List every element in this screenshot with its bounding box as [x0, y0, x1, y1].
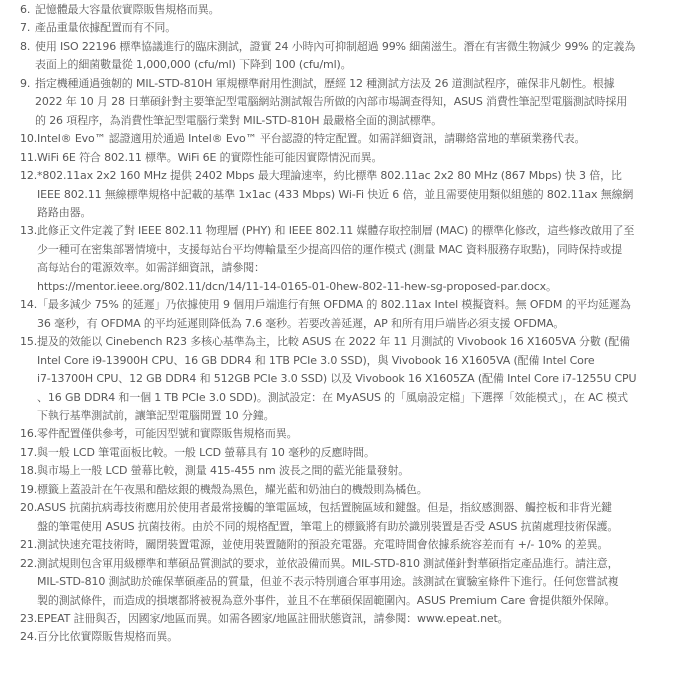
footnote-number: 11.: [20, 149, 37, 167]
footnote-line: 與市場上一般 LCD 螢幕比較，測量 415-455 nm 波長之間的藍光能量發…: [37, 462, 692, 480]
footnote-17: 17. 與一般 LCD 筆電面板比較。一般 LCD 螢幕具有 10 毫秒的反應時…: [20, 444, 692, 462]
footnote-8: 8. 使用 ISO 22196 標準協議進行的臨床測試，證實 24 小時內可抑制…: [20, 38, 692, 75]
footnote-number: 19.: [20, 481, 37, 499]
footnote-text: 此修正文件定義了對 IEEE 802.11 物理層 (PHY) 和 IEEE 8…: [37, 222, 692, 296]
footnote-15: 15. 提及的效能以 Cinebench R23 多核心基準為主，比較 ASUS…: [20, 333, 692, 425]
footnote-text: EPEAT 註冊與否，因國家/地區而異。如需各國家/地區註冊狀態資訊，請參閱：w…: [37, 610, 692, 628]
footnote-text: 測試快速充電技術時，關閉裝置電源，並使用裝置隨附的預設充電器。充電時間會依據系統…: [37, 536, 692, 554]
footnote-number: 10.: [20, 130, 37, 148]
footnote-number: 17.: [20, 444, 37, 462]
footnote-number: 16.: [20, 425, 37, 443]
footnote-line: 百分比依實際販售規格而異。: [37, 628, 692, 646]
footnote-6: 6. 記憶體最大容量依實際販售規格而異。: [20, 1, 692, 19]
footnote-number: 7.: [20, 19, 35, 37]
footnote-text: 提及的效能以 Cinebench R23 多核心基準為主，比較 ASUS 在 2…: [37, 333, 692, 425]
ieee-reference-link: https://mentor.ieee.org/802.11/dcn/14/11…: [37, 278, 692, 296]
footnote-line: 使用 ISO 22196 標準協議進行的臨床測試，證實 24 小時內可抑制超過 …: [35, 38, 692, 56]
footnote-line: WiFi 6E 符合 802.11 標準。WiFi 6E 的實際性能可能因實際情…: [37, 149, 692, 167]
footnote-line: Intel® Evo™ 認證適用於通過 Intel® Evo™ 平台認證的特定配…: [37, 130, 692, 148]
footnote-9: 9. 指定機種通過強韌的 MIL-STD-810H 軍規標準耐用性測試，歷經 1…: [20, 75, 692, 130]
footnote-7: 7. 產品重量依據配置而有不同。: [20, 19, 692, 37]
footnote-text: 記憶體最大容量依實際販售規格而異。: [35, 1, 692, 19]
footnote-number: 22.: [20, 555, 37, 573]
footnote-line: 產品重量依據配置而有不同。: [35, 19, 692, 37]
footnote-text: 指定機種通過強韌的 MIL-STD-810H 軍規標準耐用性測試，歷經 12 種…: [35, 75, 692, 130]
footnote-number: 12.: [20, 167, 37, 185]
footnote-line: MIL-STD-810 測試助於確保華碩產品的質量，但並不表示特別適合軍事用途。…: [37, 573, 692, 591]
footnote-line: 的 26 項程序，為消費性筆記型電腦行業對 MIL-STD-810H 最嚴格全面…: [35, 112, 692, 130]
footnote-line: 提及的效能以 Cinebench R23 多核心基準為主，比較 ASUS 在 2…: [37, 333, 692, 351]
footnote-text: 測試規則包含軍用級標準和華碩品質測試的要求，並依設備而異。MIL-STD-810…: [37, 555, 692, 610]
footnote-line: 此修正文件定義了對 IEEE 802.11 物理層 (PHY) 和 IEEE 8…: [37, 222, 692, 240]
footnote-text: 百分比依實際販售規格而異。: [37, 628, 692, 646]
footnote-21: 21. 測試快速充電技術時，關閉裝置電源，並使用裝置隨附的預設充電器。充電時間會…: [20, 536, 692, 554]
footnote-number: 14.: [20, 296, 37, 314]
footnote-text: 零件配置僅供參考，可能因型號和實際販售規格而異。: [37, 425, 692, 443]
footnote-24: 24. 百分比依實際販售規格而異。: [20, 628, 692, 646]
footnote-13: 13. 此修正文件定義了對 IEEE 802.11 物理層 (PHY) 和 IE…: [20, 222, 692, 296]
footnote-line: 下執行基準測試前，讓筆記型電腦閒置 10 分鐘。: [37, 407, 692, 425]
footnote-19: 19. 標籤上蓋設計在午夜黑和酷炫銀的機殼為黑色，耀光藍和奶油白的機殼則為橘色。: [20, 481, 692, 499]
footnote-text: WiFi 6E 符合 802.11 標準。WiFi 6E 的實際性能可能因實際情…: [37, 149, 692, 167]
footnote-11: 11. WiFi 6E 符合 802.11 標準。WiFi 6E 的實際性能可能…: [20, 149, 692, 167]
footnote-line: 與一般 LCD 筆電面板比較。一般 LCD 螢幕具有 10 毫秒的反應時間。: [37, 444, 692, 462]
footnote-line: 測試快速充電技術時，關閉裝置電源，並使用裝置隨附的預設充電器。充電時間會依據系統…: [37, 536, 692, 554]
footnote-number: 8.: [20, 38, 35, 56]
footnote-line: 「最多減少 75% 的延遲」乃依據使用 9 個用戶端進行有無 OFDMA 的 8…: [37, 296, 692, 314]
footnote-23: 23. EPEAT 註冊與否，因國家/地區而異。如需各國家/地區註冊狀態資訊，請…: [20, 610, 692, 628]
footnote-line: EPEAT 註冊與否，因國家/地區而異。如需各國家/地區註冊狀態資訊，請參閱：w…: [37, 610, 692, 628]
footnote-text: 與一般 LCD 筆電面板比較。一般 LCD 螢幕具有 10 毫秒的反應時間。: [37, 444, 692, 462]
footnote-line: 路路由器。: [37, 204, 692, 222]
footnotes-list: 6. 記憶體最大容量依實際販售規格而異。 7. 產品重量依據配置而有不同。 8.…: [20, 1, 692, 647]
footnote-18: 18. 與市場上一般 LCD 螢幕比較，測量 415-455 nm 波長之間的藍…: [20, 462, 692, 480]
footnote-22: 22. 測試規則包含軍用級標準和華碩品質測試的要求，並依設備而異。MIL-STD…: [20, 555, 692, 610]
footnote-line: 2022 年 10 月 28 日華碩針對主要筆記型電腦網站測試報告所做的內部市場…: [35, 93, 692, 111]
footnote-line: 指定機種通過強韌的 MIL-STD-810H 軍規標準耐用性測試，歷經 12 種…: [35, 75, 692, 93]
footnote-number: 6.: [20, 1, 35, 19]
footnote-line: ASUS 抗菌抗病毒技術應用於使用者最常接觸的筆電區域，包括置腕區域和鍵盤。但是…: [37, 499, 692, 517]
footnote-number: 13.: [20, 222, 37, 240]
footnote-line: 高每站台的電源效率。如需詳細資訊，請參閱：: [37, 259, 692, 277]
footnote-12: 12. *802.11ax 2x2 160 MHz 提供 2402 Mbps 最…: [20, 167, 692, 222]
footnote-text: 產品重量依據配置而有不同。: [35, 19, 692, 37]
footnote-number: 9.: [20, 75, 35, 93]
footnote-number: 20.: [20, 499, 37, 517]
footnote-text: ASUS 抗菌抗病毒技術應用於使用者最常接觸的筆電區域，包括置腕區域和鍵盤。但是…: [37, 499, 692, 536]
footnote-line: 少一種可在密集部署情境中，支援每站台平均傳輸量至少提高四倍的運作模式 (測量 M…: [37, 241, 692, 259]
footnote-text: 標籤上蓋設計在午夜黑和酷炫銀的機殼為黑色，耀光藍和奶油白的機殼則為橘色。: [37, 481, 692, 499]
footnote-line: *802.11ax 2x2 160 MHz 提供 2402 Mbps 最大理論速…: [37, 167, 692, 185]
footnote-number: 23.: [20, 610, 37, 628]
footnote-14: 14. 「最多減少 75% 的延遲」乃依據使用 9 個用戶端進行有無 OFDMA…: [20, 296, 692, 333]
footnote-20: 20. ASUS 抗菌抗病毒技術應用於使用者最常接觸的筆電區域，包括置腕區域和鍵…: [20, 499, 692, 536]
footnote-16: 16. 零件配置僅供參考，可能因型號和實際販售規格而異。: [20, 425, 692, 443]
footnote-line: 、16 GB DDR4 和一個 1 TB PCIe 3.0 SDD)。測試設定：…: [37, 389, 692, 407]
footnote-line: 測試規則包含軍用級標準和華碩品質測試的要求，並依設備而異。MIL-STD-810…: [37, 555, 692, 573]
footnote-number: 21.: [20, 536, 37, 554]
footnote-line: 記憶體最大容量依實際販售規格而異。: [35, 1, 692, 19]
footnote-line: 製的測試條件，而造成的損壞都將被視為意外事件，並且不在華碩保固範圍內。ASUS …: [37, 592, 692, 610]
footnote-line: i7-13700H CPU、12 GB DDR4 和 512GB PCIe 3.…: [37, 370, 692, 388]
footnote-line: 盤的筆電使用 ASUS 抗菌技術。由於不同的規格配置，筆電上的標籤將有助於識別裝…: [37, 518, 692, 536]
footnote-10: 10. Intel® Evo™ 認證適用於通過 Intel® Evo™ 平台認證…: [20, 130, 692, 148]
footnote-text: Intel® Evo™ 認證適用於通過 Intel® Evo™ 平台認證的特定配…: [37, 130, 692, 148]
footnote-line: 36 毫秒，有 OFDMA 的平均延遲則降低為 7.6 毫秒。若要改善延遲，AP…: [37, 315, 692, 333]
footnote-line: 零件配置僅供參考，可能因型號和實際販售規格而異。: [37, 425, 692, 443]
footnote-line: 表面上的細菌數量從 1,000,000 (cfu/ml) 下降到 100 (cf…: [35, 56, 692, 74]
footnote-number: 15.: [20, 333, 37, 351]
footnote-line: 標籤上蓋設計在午夜黑和酷炫銀的機殼為黑色，耀光藍和奶油白的機殼則為橘色。: [37, 481, 692, 499]
footnote-text: 與市場上一般 LCD 螢幕比較，測量 415-455 nm 波長之間的藍光能量發…: [37, 462, 692, 480]
footnote-number: 24.: [20, 628, 37, 646]
footnote-line: IEEE 802.11 無線標準規格中記載的基準 1x1ac (433 Mbps…: [37, 186, 692, 204]
footnote-text: 「最多減少 75% 的延遲」乃依據使用 9 個用戶端進行有無 OFDMA 的 8…: [37, 296, 692, 333]
footnote-number: 18.: [20, 462, 37, 480]
footnote-text: *802.11ax 2x2 160 MHz 提供 2402 Mbps 最大理論速…: [37, 167, 692, 222]
footnote-line: Intel Core i9-13900H CPU、16 GB DDR4 和 1T…: [37, 352, 692, 370]
footnote-text: 使用 ISO 22196 標準協議進行的臨床測試，證實 24 小時內可抑制超過 …: [35, 38, 692, 75]
